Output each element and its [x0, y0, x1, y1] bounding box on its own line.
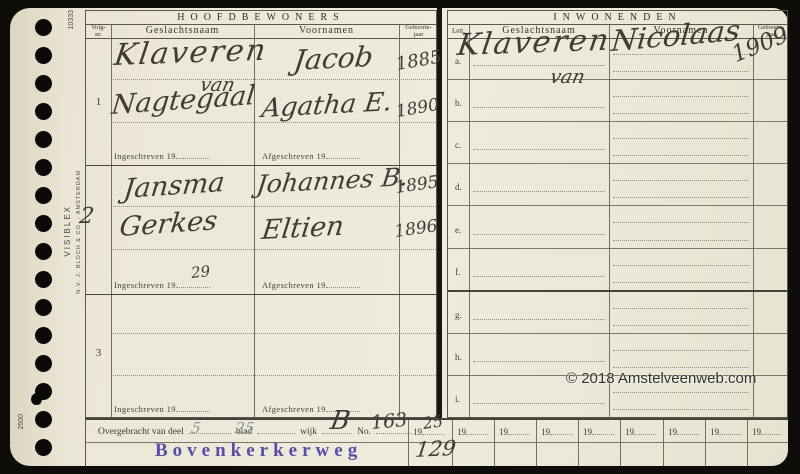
- fill-in-dots: [326, 149, 360, 159]
- writing-line: [613, 71, 749, 72]
- hw-no-value: 163: [370, 409, 408, 434]
- afgeschreven-text: Afgeschreven 19: [262, 404, 326, 414]
- strip-divider: [705, 420, 706, 466]
- fill-in-dots: [550, 425, 572, 435]
- year-cell: 19: [668, 425, 699, 437]
- writing-line: [613, 282, 749, 283]
- strip-divider: [620, 420, 621, 466]
- row-letter: c.: [455, 140, 461, 150]
- year-prefix: 19: [583, 427, 592, 437]
- fill-in-dots: [761, 425, 781, 435]
- fill-in-dots: [508, 425, 530, 435]
- fill-in-dots: [634, 425, 656, 435]
- punch-hole: [35, 327, 52, 344]
- writing-line: [113, 333, 436, 334]
- writing-line: [473, 191, 605, 192]
- row-letter: f.: [455, 267, 460, 277]
- hw-lodger-tussenvoegsel-a: van: [548, 66, 587, 88]
- ingeschreven-text: Ingeschreven 19: [114, 151, 176, 161]
- afgeschreven-label: Afgeschreven 19: [262, 149, 360, 161]
- year-prefix: 19: [710, 427, 719, 437]
- register-card: 10333 VISIBLEX N.V. J. BLOCH & CO. - AMS…: [10, 8, 788, 466]
- row-letter: h.: [455, 352, 462, 362]
- punch-hole: [35, 243, 52, 260]
- column-header-voornamen: Voornamen: [254, 24, 399, 38]
- writing-line: [473, 107, 605, 108]
- form-code-bottom: 2500: [18, 414, 25, 430]
- lodger-row-f: f.: [448, 249, 787, 292]
- year-prefix: 19: [752, 427, 761, 437]
- afgeschreven-label: Afgeschreven 19: [262, 278, 360, 290]
- copyright-watermark: © 2018 Amstelveenweb.com: [566, 370, 756, 387]
- form-code-top: 10333: [68, 10, 75, 29]
- punch-hole: [35, 355, 52, 372]
- row-letter: b.: [455, 98, 462, 108]
- volgnr-printed: 1: [86, 96, 111, 108]
- column-header-geboortejaar: Geboorte- jaar: [399, 24, 438, 38]
- lodger-row-e: e.: [448, 206, 787, 248]
- writing-line: [613, 240, 749, 241]
- punch-hole: [35, 215, 52, 232]
- year-prefix: 19: [541, 427, 550, 437]
- year-cell: 19: [625, 425, 656, 437]
- writing-line: [613, 325, 749, 326]
- hw-lodger-geslachtsnaam-a: Klaveren: [455, 23, 613, 63]
- ingeschreven-text: Ingeschreven 19: [114, 404, 176, 414]
- year-prefix: 19: [413, 427, 422, 437]
- ingeschreven-label: Ingeschreven 19: [114, 402, 210, 414]
- punch-hole: [35, 187, 52, 204]
- year-prefix: 19: [625, 427, 634, 437]
- punch-hole-torn: [35, 383, 52, 400]
- writing-line: [613, 96, 749, 97]
- writing-line: [113, 206, 436, 207]
- ingeschreven-text: Ingeschreven 19: [114, 280, 176, 290]
- hw-ingeschreven-year-2: 29: [190, 262, 211, 282]
- hw-geslachtsnaam-1: Klaveren: [112, 33, 270, 73]
- punch-hole: [35, 299, 52, 316]
- punch-hole: [35, 103, 52, 120]
- punch-hole: [35, 159, 52, 176]
- strip-divider: [578, 420, 579, 466]
- hw-year-value: 25: [421, 411, 444, 433]
- year-cell: 19: [752, 425, 781, 437]
- hw-house-number: 129: [414, 436, 457, 462]
- fill-in-dots: [466, 425, 488, 435]
- writing-line: [473, 276, 605, 277]
- overgebracht-label: Overgebracht van deel: [98, 427, 184, 437]
- writing-line: [113, 79, 436, 80]
- hoofdbewoners-title: HOOFDBEWONERS: [86, 11, 436, 25]
- resident-block-3: 3 Ingeschreven 19 Afgeschreven 19: [86, 295, 436, 418]
- row-letter: i.: [455, 394, 460, 404]
- punch-hole: [35, 271, 52, 288]
- afgeschreven-text: Afgeschreven 19: [262, 151, 326, 161]
- lodger-row-c: c.: [448, 122, 787, 164]
- wijk-label: wijk: [300, 427, 317, 437]
- hw-blad-value: 25: [234, 419, 256, 437]
- year-prefix: 19: [499, 427, 508, 437]
- fill-in-dots: [176, 402, 210, 412]
- writing-line: [613, 138, 749, 139]
- fill-in-dots: [677, 425, 699, 435]
- row-letter: g.: [455, 310, 462, 320]
- writing-line: [613, 222, 749, 223]
- punch-hole: [35, 439, 52, 456]
- writing-line: [113, 249, 436, 250]
- no-label: No.: [357, 427, 371, 437]
- writing-line: [613, 409, 749, 410]
- punch-hole: [35, 19, 52, 36]
- column-header-volgnr: Volg- nr.: [86, 24, 111, 38]
- year-cell: 19: [583, 425, 614, 437]
- year-cell: 19: [499, 425, 530, 437]
- lodger-row-g: g.: [448, 292, 787, 334]
- table-divider: [437, 8, 442, 418]
- writing-line: [613, 180, 749, 181]
- fill-in-dots: [176, 149, 210, 159]
- fill-in-dots: [257, 424, 295, 434]
- year-cell: 19: [710, 425, 741, 437]
- writing-line: [613, 350, 749, 351]
- writing-line: [613, 113, 749, 114]
- strip-divider: [747, 420, 748, 466]
- writing-line: [113, 375, 436, 376]
- writing-line: [473, 361, 605, 362]
- writing-line: [613, 197, 749, 198]
- row-letter: e.: [455, 225, 461, 235]
- writing-line: [613, 367, 749, 368]
- printer-brand: VISIBLEX: [63, 205, 72, 257]
- writing-line: [613, 392, 749, 393]
- fill-in-dots: [326, 278, 360, 288]
- hw-voornaam-4: Eltien: [260, 211, 346, 246]
- punch-hole: [35, 131, 52, 148]
- writing-line: [473, 403, 605, 404]
- strip-divider: [663, 420, 664, 466]
- writing-line: [613, 308, 749, 309]
- writing-line: [473, 234, 605, 235]
- row-letter: d.: [455, 182, 462, 192]
- strip-divider: [494, 420, 495, 466]
- inwonenden-table: INWONENDEN Lett. Geslachtsnaam Voornamen…: [447, 10, 788, 418]
- fill-in-dots: [592, 425, 614, 435]
- writing-line: [473, 319, 605, 320]
- volgnr-printed: 3: [86, 347, 111, 359]
- year-cell: 19: [457, 425, 488, 437]
- ingeschreven-label: Ingeschreven 19: [114, 149, 210, 161]
- year-prefix: 19: [457, 427, 466, 437]
- writing-line: [473, 149, 605, 150]
- writing-line: [613, 155, 749, 156]
- street-stamp: Bovenkerkerweg: [155, 440, 362, 462]
- strip-divider: [536, 420, 537, 466]
- punch-hole: [35, 47, 52, 64]
- punch-hole: [35, 75, 52, 92]
- lodger-row-b: b.: [448, 80, 787, 122]
- hw-voornaam-1: Jacob: [292, 40, 375, 77]
- overgebracht-line: Overgebracht van deel blad wijk No.: [98, 424, 412, 437]
- year-prefix: 19: [668, 427, 677, 437]
- year-cell: 19: [541, 425, 572, 437]
- writing-line: [613, 265, 749, 266]
- fill-in-dots: [719, 425, 741, 435]
- afgeschreven-text: Afgeschreven 19: [262, 280, 326, 290]
- punch-hole: [35, 411, 52, 428]
- printer-imprint: N.V. J. BLOCH & CO. - AMSTERDAM: [76, 170, 82, 294]
- lodger-row-d: d.: [448, 164, 787, 206]
